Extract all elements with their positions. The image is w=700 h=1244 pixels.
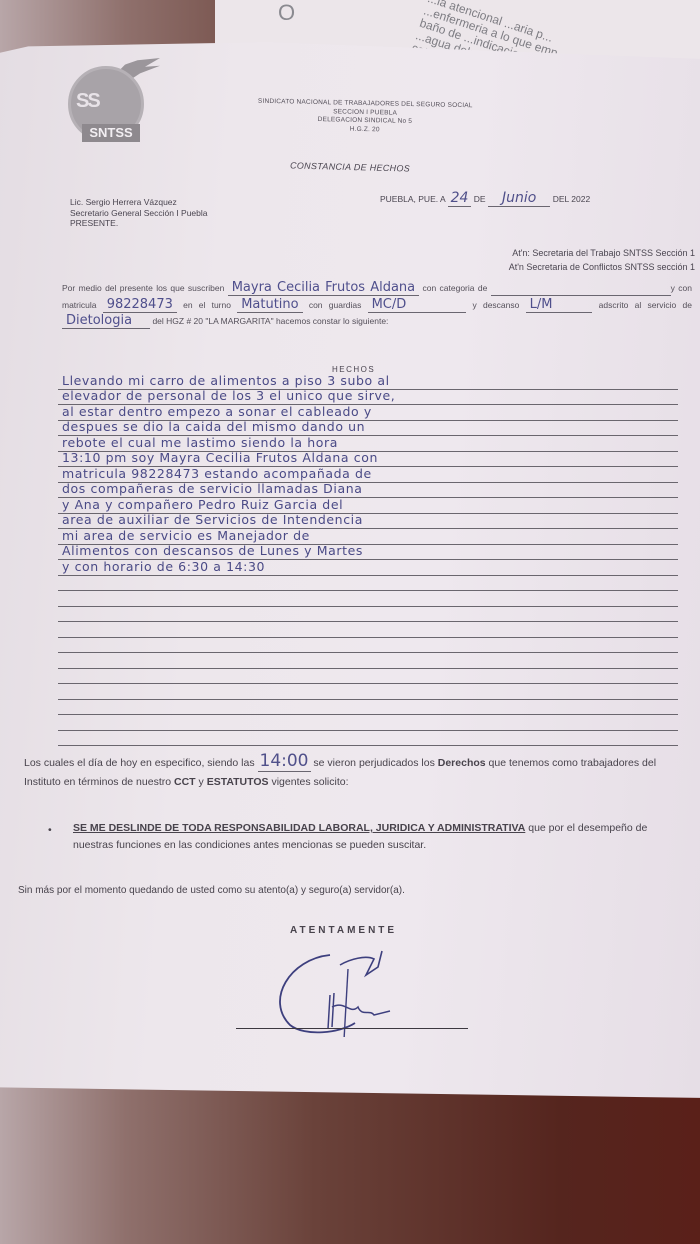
document-page: SS SNTSS SINDICATO NACIONAL DE TRABAJADO… [0,40,700,1098]
date-day-field: 24 [448,190,472,207]
hechos-line: despues se dio la caida del mismo dando … [58,421,678,437]
hechos-handwritten-text: mi area de servicio es Manejador de [62,529,310,543]
addressee-name: Lic. Sergio Herrera Vázquez [70,197,208,208]
hechos-handwritten-text: dos compañeras de servicio llamadas Dian… [62,482,363,496]
descanso-field: L/M [526,297,593,313]
hechos-line [58,669,678,685]
matricula-field: 98228473 [103,297,177,313]
name-field: Mayra Cecilia Frutos Aldana [228,280,419,296]
hechos-line [58,653,678,669]
hechos-line [58,576,678,592]
request-bold-text: SE ME DESLINDE DE TODA RESPONSABILIDAD L… [73,822,525,834]
hechos-handwritten-text: elevador de personal de los 3 el unico q… [62,389,395,403]
hechos-line [58,591,678,607]
hechos-line [58,700,678,716]
hechos-line: Alimentos con descansos de Lunes y Marte… [58,545,678,561]
hechos-handwritten-text: 13:10 pm soy Mayra Cecilia Frutos Aldana… [62,451,378,465]
hechos-line [58,731,678,747]
attention-block: At'n: Secretaria del Trabajo SNTSS Secci… [509,246,695,274]
addressee-position: Secretario General Sección I Puebla [70,208,208,219]
hechos-ruled-area: Llevando mi carro de alimentos a piso 3 … [58,374,678,746]
hechos-line [58,638,678,654]
addressee-block: Lic. Sergio Herrera Vázquez Secretario G… [70,197,208,229]
date-line: PUEBLA, PUE. A 24 DE Junio DEL 2022 [380,190,670,206]
hechos-line: y con horario de 6:30 a 14:30 [58,560,678,576]
category-field [491,280,671,296]
logo-initials: SS [76,90,99,113]
bullet-icon: • [48,822,52,839]
hechos-handwritten-text: al estar dentro empezo a sonar el cablea… [62,405,372,419]
logo-badge: SNTSS [82,124,140,142]
closing-paragraph: Los cuales el día de hoy en especifico, … [24,752,684,792]
time-field: 14:00 [258,751,311,772]
hechos-handwritten-text: y Ana y compañero Pedro Ruiz Garcia del [62,498,343,512]
hechos-line [58,622,678,638]
hechos-handwritten-text: Alimentos con descansos de Lunes y Marte… [62,544,363,558]
turno-field: Matutino [237,297,302,313]
date-month-field: Junio [488,190,550,207]
hechos-line: dos compañeras de servicio llamadas Dian… [58,483,678,499]
hechos-line [58,607,678,623]
signature-line [236,1028,468,1029]
intro-paragraph: Por medio del presente los que suscriben… [62,280,692,330]
attention-line-2: At'n Secretaria de Conflictos SNTSS secc… [509,260,695,274]
hechos-line: elevador de personal de los 3 el unico q… [58,390,678,406]
hechos-line [58,715,678,731]
union-logo: SS SNTSS [66,58,156,150]
hechos-line [58,684,678,700]
hechos-handwritten-text: y con horario de 6:30 a 14:30 [62,560,265,574]
document-title: CONSTANCIA DE HECHOS [290,160,410,173]
background-sheet-mark: Ο [278,0,295,26]
hechos-line: area de auxiliar de Servicios de Intende… [58,514,678,530]
servicio-field: Dietologia [62,313,150,329]
organization-header: SINDICATO NACIONAL DE TRABAJADORES DEL S… [215,97,516,137]
atentamente-label: ATENTAMENTE [290,925,397,936]
guardias-field: MC/D [368,297,467,313]
hechos-handwritten-text: Llevando mi carro de alimentos a piso 3 … [62,374,390,388]
addressee-presente: PRESENTE. [70,218,208,229]
hechos-handwritten-text: area de auxiliar de Servicios de Intende… [62,513,363,527]
hechos-handwritten-text: rebote el cual me lastimo siendo la hora [62,436,338,450]
signature-icon [270,945,430,1037]
hechos-line: 13:10 pm soy Mayra Cecilia Frutos Aldana… [58,452,678,468]
signoff-text: Sin más por el momento quedando de usted… [18,885,405,896]
request-item: • SE ME DESLINDE DE TODA RESPONSABILIDAD… [48,820,688,854]
hechos-handwritten-text: matricula 98228473 estando acompañada de [62,467,372,481]
attention-line-1: At'n: Secretaria del Trabajo SNTSS Secci… [509,246,695,260]
hechos-handwritten-text: despues se dio la caida del mismo dando … [62,420,365,434]
